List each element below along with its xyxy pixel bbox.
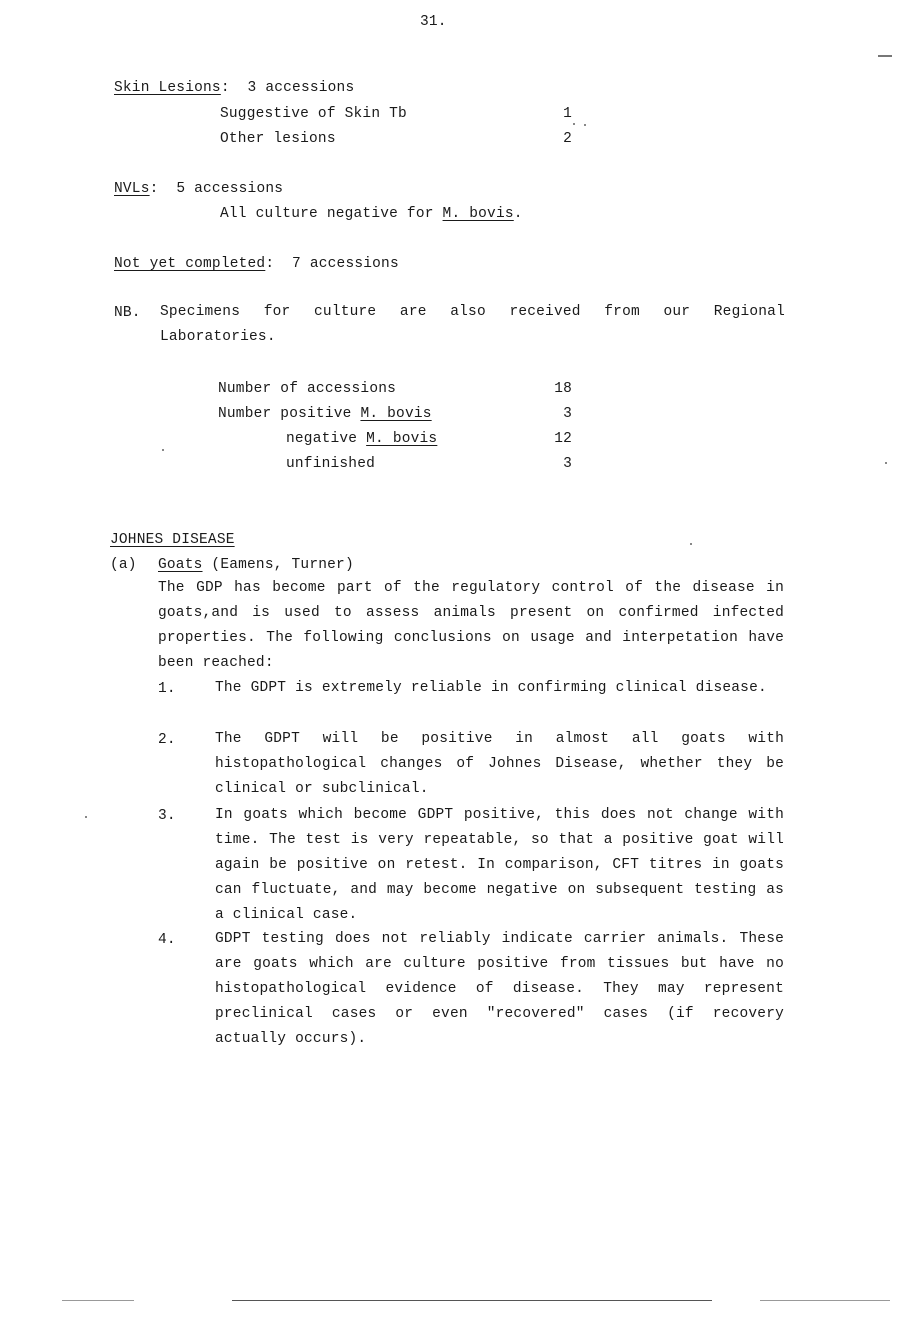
not-completed-heading: Not yet completed: 7 accessions [114, 256, 399, 272]
nvls-heading: NVLs: 5 accessions [114, 181, 283, 197]
row-prefix: negative [286, 431, 366, 447]
regional-table-row-value: 3 [542, 456, 572, 472]
subsection-title: Goats [158, 557, 203, 573]
not-completed-summary: 7 accessions [292, 256, 399, 272]
skin-lesions-row-label: Suggestive of Skin Tb [220, 106, 407, 122]
nvls-detail-organism: M. bovis [443, 206, 514, 222]
nvls-summary: 5 accessions [176, 181, 283, 197]
scan-speck [573, 123, 575, 125]
scan-speck [690, 543, 692, 545]
conclusion-number: 2. [158, 732, 176, 748]
regional-table-row-value: 12 [542, 431, 572, 447]
scan-artifact-line [62, 1300, 134, 1301]
nvls-detail: All culture negative for M. bovis. [220, 206, 523, 222]
skin-lesions-row-value: 1 [542, 106, 572, 122]
conclusion-number: 1. [158, 681, 176, 697]
row-prefix: unfinished [286, 456, 375, 472]
johnes-heading: JOHNES DISEASE [110, 532, 235, 548]
row-prefix: Number positive [218, 406, 360, 422]
row-organism: M. bovis [360, 406, 431, 422]
not-completed-label: Not yet completed [114, 256, 265, 272]
scan-speck [584, 124, 586, 126]
skin-lesions-row-value: 2 [542, 131, 572, 147]
regional-table-row-label: Number of accessions [218, 381, 396, 397]
nvls-label: NVLs [114, 181, 150, 197]
scan-artifact-line [760, 1300, 890, 1301]
scan-speck [885, 462, 887, 464]
skin-lesions-heading: Skin Lesions: 3 accessions [114, 80, 354, 96]
scan-speck [85, 816, 87, 818]
subsection-authors: (Eamens, Turner) [203, 557, 354, 573]
nb-text: Specimens for culture are also received … [160, 300, 785, 350]
scan-artifact-line [232, 1300, 712, 1301]
conclusion-text: The GDPT is extremely reliable in confir… [215, 676, 784, 701]
skin-lesions-label: Skin Lesions [114, 80, 221, 96]
scan-speck [162, 449, 164, 451]
skin-lesions-summary: 3 accessions [248, 80, 355, 96]
conclusion-text: GDPT testing does not reliably indicate … [215, 927, 784, 1052]
conclusion-text: In goats which become GDPT positive, thi… [215, 803, 784, 928]
not-completed-colon: : [265, 256, 274, 272]
nvls-colon: : [150, 181, 159, 197]
regional-table-row-value: 18 [542, 381, 572, 397]
skin-lesions-row-label: Other lesions [220, 131, 336, 147]
subsection-marker: (a) [110, 557, 137, 573]
conclusion-number: 3. [158, 808, 176, 824]
skin-lesions-colon: : [221, 80, 230, 96]
row-prefix: Number of accessions [218, 381, 396, 397]
nvls-detail-suffix: . [514, 206, 523, 222]
conclusion-text: The GDPT will be positive in almost all … [215, 727, 784, 802]
regional-table-row-label: unfinished [286, 456, 375, 472]
regional-table-row-value: 3 [542, 406, 572, 422]
regional-table-row-label: negative M. bovis [286, 431, 437, 447]
nvls-detail-prefix: All culture negative for [220, 206, 443, 222]
row-organism: M. bovis [366, 431, 437, 447]
regional-table-row-label: Number positive M. bovis [218, 406, 432, 422]
subsection-title-line: Goats (Eamens, Turner) [158, 557, 354, 573]
conclusion-number: 4. [158, 932, 176, 948]
nb-label: NB. [114, 305, 141, 321]
johnes-intro: The GDP has become part of the regulator… [158, 576, 784, 676]
scan-artifact-mark [878, 55, 892, 57]
page-number: 31. [420, 14, 447, 30]
